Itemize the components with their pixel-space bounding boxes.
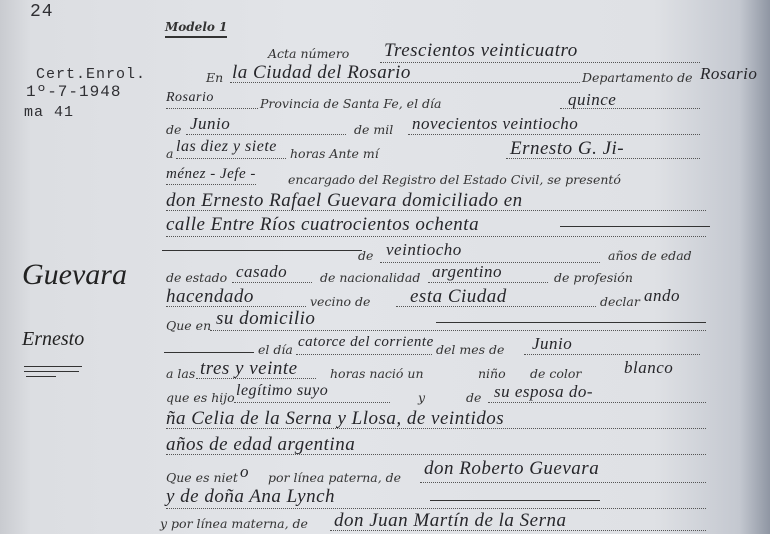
- label-anos-de-edad: años de edad: [608, 248, 692, 263]
- signature-surname: Guevara: [22, 258, 127, 292]
- value-hora: las diez y siete: [176, 138, 277, 156]
- label-declar: declar: [600, 294, 640, 309]
- value-ciudad: la Ciudad del Rosario: [232, 62, 411, 84]
- label-a-las: a las: [166, 366, 195, 381]
- label-acta-numero: Acta número: [268, 46, 349, 61]
- margin-note-line3: ma 41: [24, 104, 74, 121]
- fill-stroke: [560, 226, 710, 227]
- value-abuela-paterna: y de doña Ana Lynch: [166, 486, 335, 508]
- value-madre: su esposa do-: [494, 382, 593, 402]
- value-edad-madre: años de edad argentina: [166, 434, 355, 456]
- label-de: de: [166, 122, 181, 137]
- label-estado: de estado: [166, 270, 227, 285]
- label-de: de: [466, 390, 481, 405]
- value-declarante: don Ernesto Rafael Guevara domiciliado e…: [166, 190, 523, 212]
- label-de-mil: de mil: [354, 122, 393, 137]
- value-anio: novecientos veintiocho: [412, 114, 578, 134]
- value-hora-nacimiento: tres y veinte: [200, 358, 298, 380]
- value-abuelo-materno: don Juan Martín de la Serna: [334, 510, 567, 532]
- value-mes-nacimiento: Junio: [532, 334, 572, 354]
- label-de-edad: de: [358, 248, 373, 263]
- signature-underline: [24, 366, 82, 367]
- value-niet: o: [240, 462, 249, 482]
- value-madre-cont: ña Celia de la Serna y Llosa, de veintid…: [166, 408, 504, 430]
- label-que-es-niet: Que es niet: [166, 470, 238, 485]
- value-filiacion: legítimo suyo: [236, 382, 328, 400]
- label-a: a: [166, 146, 173, 161]
- value-edad: veintiocho: [386, 240, 462, 260]
- label-nacio-un: horas nació un: [330, 366, 424, 381]
- value-lugar: su domicilio: [216, 308, 315, 330]
- value-oficial-cont: ménez - Jefe -: [166, 166, 256, 183]
- value-dia-nacimiento: catorce del corriente: [298, 334, 434, 351]
- margin-note-line1: Cert.Enrol.: [36, 66, 146, 83]
- value-color: blanco: [624, 358, 673, 378]
- fill-stroke: [164, 352, 254, 353]
- margin-note-date: 1º-7-1948: [26, 83, 121, 101]
- signature-given-name: Ernesto: [22, 328, 84, 351]
- label-ante-mi: horas Ante mí: [290, 146, 379, 161]
- value-dia: quince: [568, 90, 616, 110]
- value-oficial: Ernesto G. Ji-: [510, 138, 624, 160]
- label-del-mes-de: del mes de: [436, 342, 504, 357]
- value-profesion: hacendado: [166, 286, 254, 308]
- value-departamento-cont: Rosario: [166, 90, 214, 106]
- page-number: 24: [30, 2, 54, 22]
- fill-stroke: [430, 500, 600, 501]
- label-de-color: de color: [530, 366, 581, 381]
- signature-underline: [24, 371, 79, 372]
- value-estado: casado: [236, 262, 287, 282]
- value-domicilio: calle Entre Ríos cuatrocientos ochenta: [166, 214, 479, 236]
- label-y: y: [418, 390, 425, 405]
- label-linea-paterna: por línea paterna, de: [268, 470, 401, 485]
- value-nacionalidad: argentino: [432, 262, 502, 282]
- value-acta-numero: Trescientos veinticuatro: [384, 40, 578, 62]
- label-encargado: encargado del Registro del Estado Civil,…: [288, 172, 621, 187]
- label-provincia: Provincia de Santa Fe, el día: [260, 96, 442, 111]
- label-departamento: Departamento de: [582, 70, 693, 85]
- value-mes: Junio: [190, 114, 230, 134]
- label-linea-materna: y por línea materna, de: [160, 516, 308, 531]
- label-vecino-de: vecino de: [310, 294, 370, 309]
- value-abuelo-paterno: don Roberto Guevara: [424, 458, 599, 480]
- fill-stroke: [436, 322, 706, 323]
- label-el-dia: el día: [258, 342, 293, 357]
- value-vecino: esta Ciudad: [410, 286, 507, 308]
- label-nacionalidad: de nacionalidad: [320, 270, 420, 285]
- value-sexo: niño: [478, 366, 506, 381]
- label-en: En: [206, 70, 223, 85]
- signature-underline: [26, 376, 56, 377]
- label-que-en: Que en: [166, 318, 211, 333]
- label-profesion: de profesión: [554, 270, 633, 285]
- value-declar: ando: [644, 286, 680, 306]
- fill-stroke: [162, 250, 362, 251]
- label-que-es-hijo: que es hijo: [166, 390, 235, 405]
- form-model-label: Modelo 1: [165, 20, 227, 38]
- value-departamento: Rosario: [700, 64, 757, 84]
